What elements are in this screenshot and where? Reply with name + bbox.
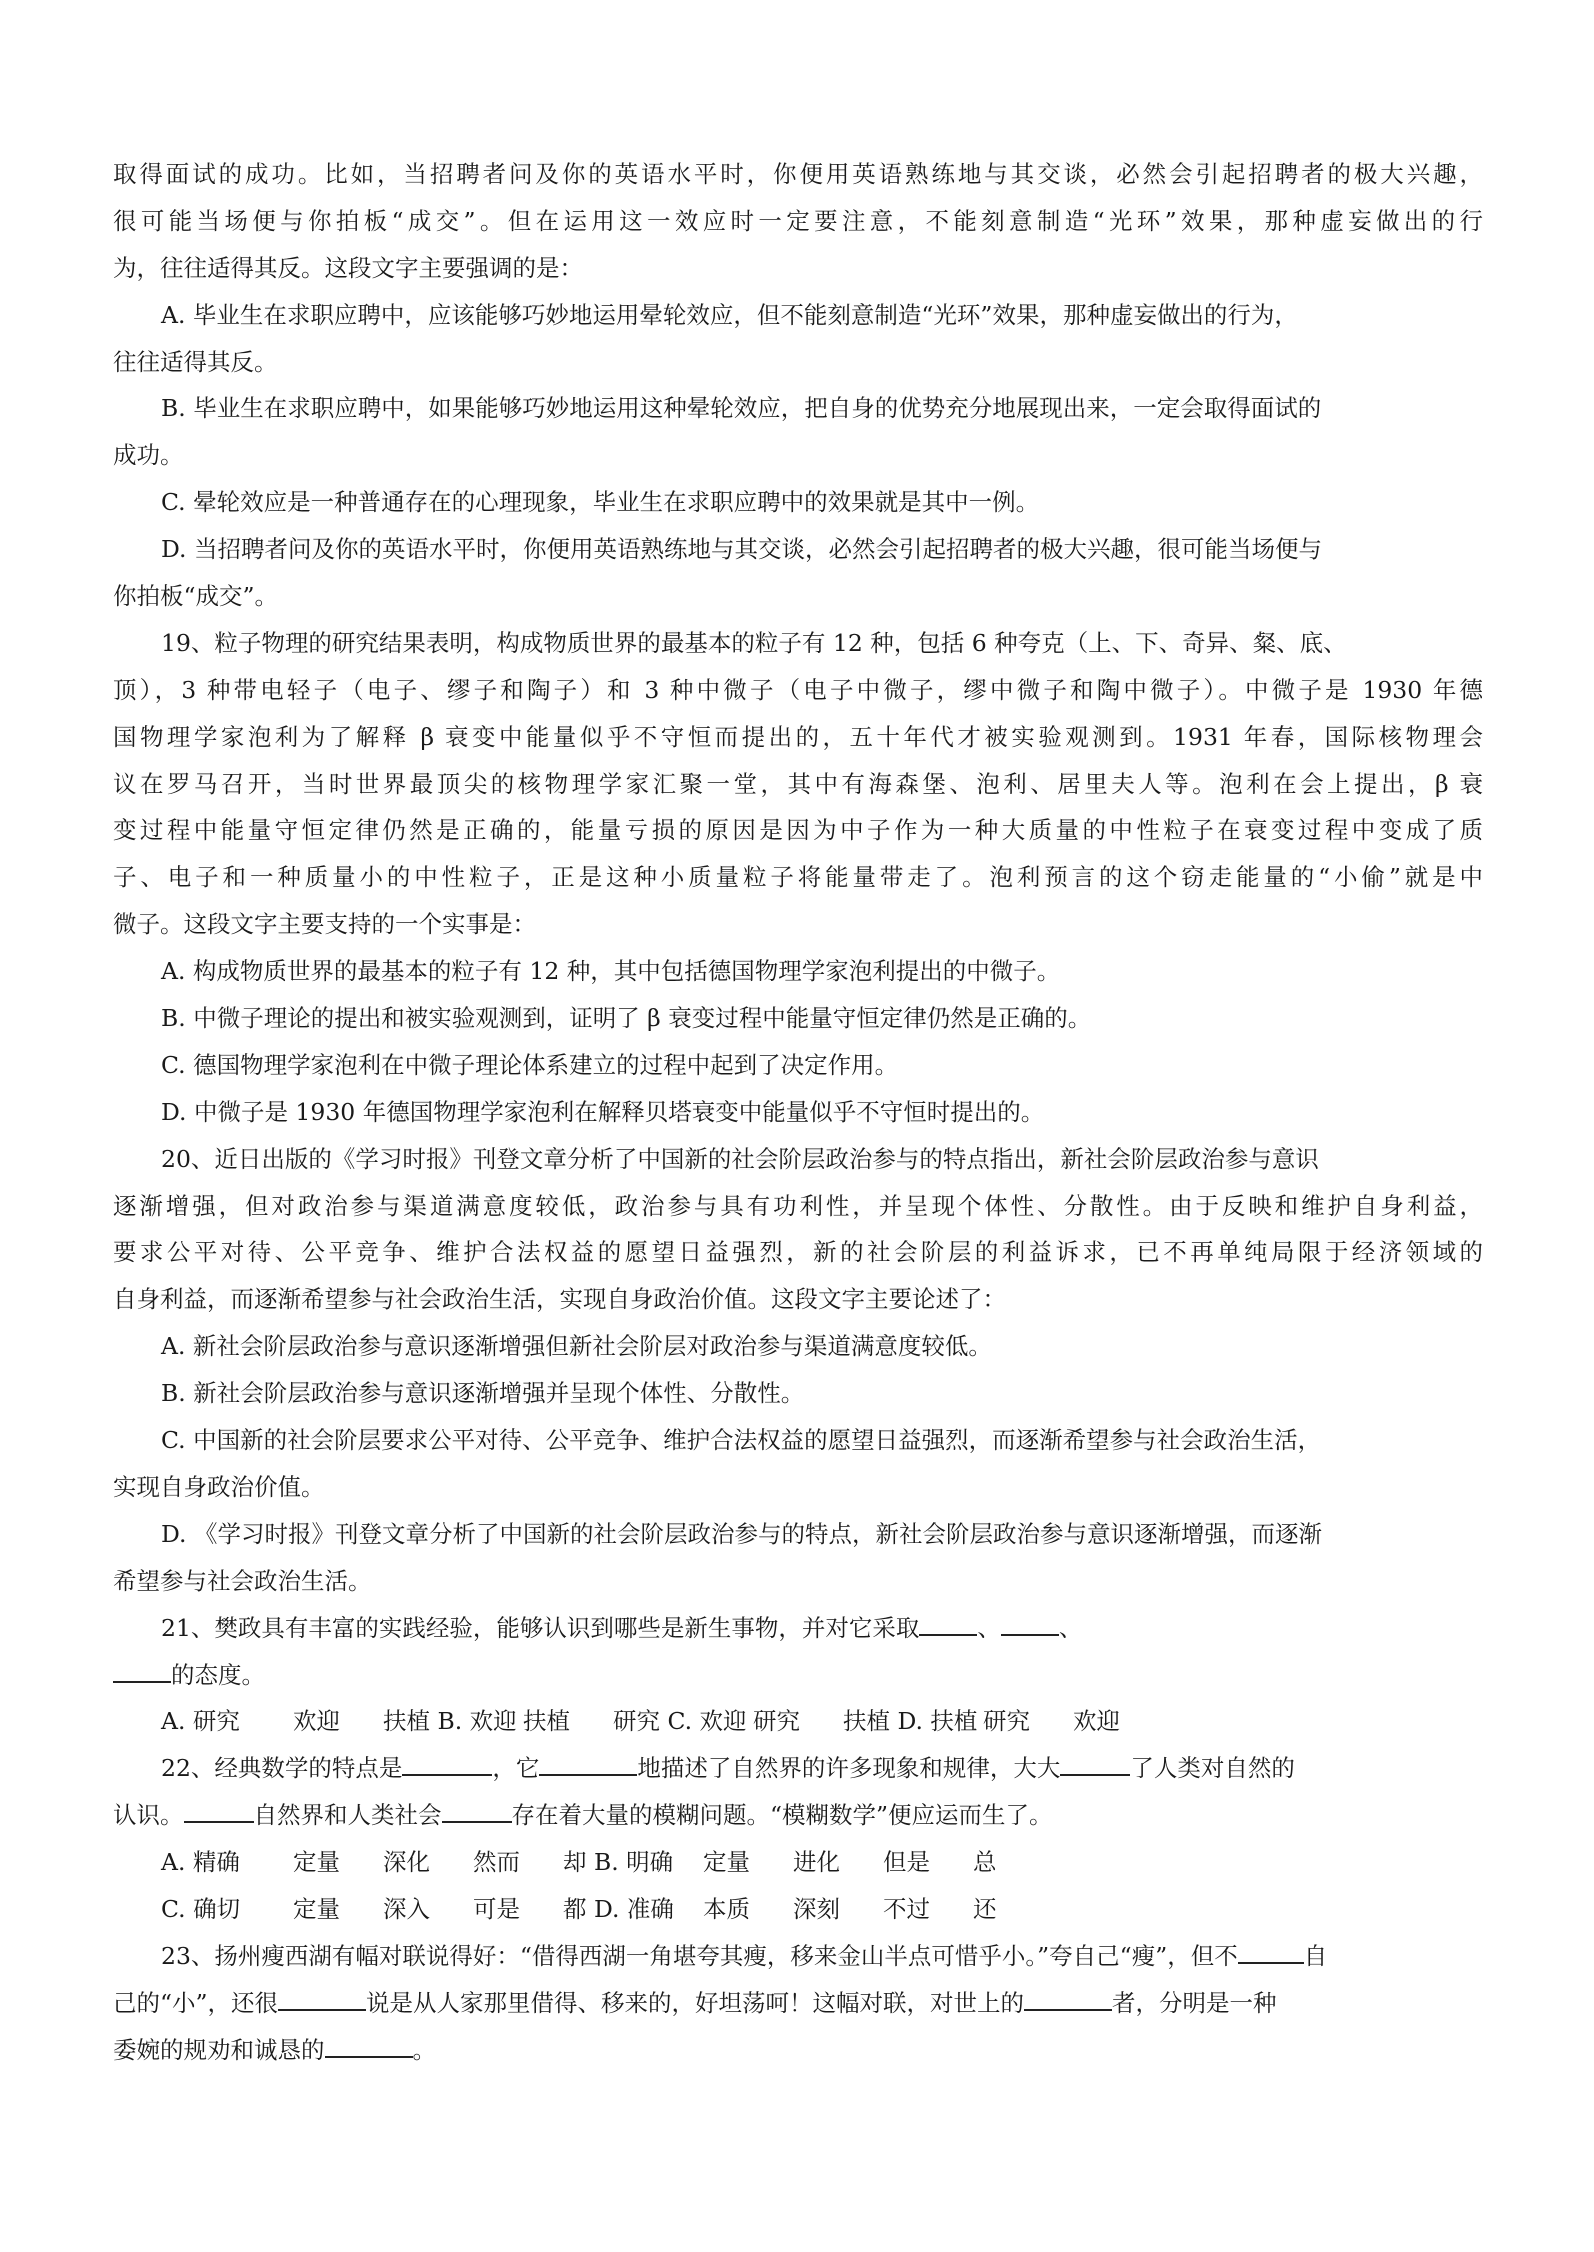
question-21-stem: 21、樊政具有丰富的实践经验，能够认识到哪些是新生事物，并对它采取、、 的态度。 [113, 1605, 1483, 1699]
question-18-option-c: C. 晕轮效应是一种普通存在的心理现象，毕业生在求职应聘中的效果就是其中一例。 [113, 479, 1483, 526]
question-18-stem: 取得面试的成功。比如，当招聘者问及你的英语水平时，你便用英语熟练地与其交谈，必然… [113, 151, 1483, 292]
option-line: 实现自身政治价值。 [113, 1464, 1483, 1511]
question-20-option-d: D. 《学习时报》刊登文章分析了中国新的社会阶层政治参与的特点，新社会阶层政治参… [113, 1511, 1483, 1605]
option-word: 深刻 [793, 1886, 883, 1933]
text: 的态度。 [171, 1661, 265, 1689]
question-21-options: A. 研究欢迎扶植 B. 欢迎扶植研究 C. 欢迎研究扶植 D. 扶植研究欢迎 [113, 1698, 1483, 1745]
option-word: 深化 [383, 1839, 473, 1886]
text: 自 [1304, 1942, 1328, 1970]
text: 认识。 [113, 1801, 184, 1829]
text: 23、扬州瘦西湖有幅对联说得好：“借得西湖一角堪夸其瘦，移来金山半点可惜乎小。”… [161, 1942, 1238, 1970]
question-18-option-d: D. 当招聘者问及你的英语水平时，你便用英语熟练地与其交谈，必然会引起招聘者的极… [113, 526, 1483, 620]
text-line: 子、电子和一种质量小的中性粒子，正是这种小质量粒子将能量带走了。泡利预言的这个窃… [113, 854, 1483, 901]
text: 、 [1059, 1614, 1083, 1642]
answer-blank[interactable] [1060, 1750, 1130, 1777]
text-line: 取得面试的成功。比如，当招聘者问及你的英语水平时，你便用英语熟练地与其交谈，必然… [113, 151, 1483, 198]
answer-blank[interactable] [402, 1750, 492, 1777]
option-word: 不过 [883, 1886, 973, 1933]
option-word: 然而 [473, 1839, 563, 1886]
option-line: 你拍板“成交”。 [113, 573, 1483, 620]
text-line: 逐渐增强，但对政治参与渠道满意度较低，政治参与具有功利性，并呈现个体性、分散性。… [113, 1183, 1483, 1230]
answer-blank[interactable] [325, 2031, 413, 2058]
option-word: C. 确切 [161, 1886, 293, 1933]
option-line: 成功。 [113, 432, 1483, 479]
text-line: 19、粒子物理的研究结果表明，构成物质世界的最基本的粒子有 12 种，包括 6 … [113, 620, 1483, 667]
question-20-option-b: B. 新社会阶层政治参与意识逐渐增强并呈现个体性、分散性。 [113, 1370, 1483, 1417]
question-22-stem: 22、经典数学的特点是，它地描述了自然界的许多现象和规律，大大了人类对自然的 认… [113, 1745, 1483, 1839]
option-word: 却 B. 明确 [563, 1839, 703, 1886]
text-line: 为，往往适得其反。这段文字主要强调的是： [113, 245, 1483, 292]
text-line: 顶），3 种带电轻子（电子、缪子和陶子）和 3 种中微子（电子中微子，缪中微子和… [113, 667, 1483, 714]
answer-blank[interactable] [1238, 1937, 1304, 1964]
option-line: 希望参与社会政治生活。 [113, 1558, 1483, 1605]
question-20-option-a: A. 新社会阶层政治参与意识逐渐增强但新社会阶层对政治参与渠道满意度较低。 [113, 1323, 1483, 1370]
question-22-options-row-1: A. 精确定量深化然而却 B. 明确定量进化但是总 [113, 1839, 1483, 1886]
option-word: 但是 [883, 1839, 973, 1886]
answer-blank[interactable] [919, 1609, 977, 1636]
question-19-stem: 19、粒子物理的研究结果表明，构成物质世界的最基本的粒子有 12 种，包括 6 … [113, 620, 1483, 948]
question-19-option-a: A. 构成物质世界的最基本的粒子有 12 种，其中包括德国物理学家泡利提出的中微… [113, 948, 1483, 995]
question-19-option-d: D. 中微子是 1930 年德国物理学家泡利在解释贝塔衰变中能量似乎不守恒时提出… [113, 1089, 1483, 1136]
text-line: 微子。这段文字主要支持的一个实事是： [113, 901, 1483, 948]
option-line: C. 晕轮效应是一种普通存在的心理现象，毕业生在求职应聘中的效果就是其中一例。 [113, 479, 1483, 526]
text: 自然界和人类社会 [254, 1801, 442, 1829]
question-18-option-b: B. 毕业生在求职应聘中，如果能够巧妙地运用这种晕轮效应，把自身的优势充分地展现… [113, 385, 1483, 479]
text-line: 自身利益，而逐渐希望参与社会政治生活，实现自身政治价值。这段文字主要论述了： [113, 1276, 1483, 1323]
answer-blank[interactable] [113, 1656, 171, 1683]
option-line: B. 毕业生在求职应聘中，如果能够巧妙地运用这种晕轮效应，把自身的优势充分地展现… [113, 385, 1483, 432]
text: 。 [413, 2036, 437, 2064]
text: 者，分明是一种 [1112, 1989, 1277, 2017]
text-line: 要求公平对待、公平竞争、维护合法权益的愿望日益强烈，新的社会阶层的利益诉求，已不… [113, 1229, 1483, 1276]
option-line: C. 中国新的社会阶层要求公平对待、公平竞争、维护合法权益的愿望日益强烈，而逐渐… [113, 1417, 1483, 1464]
option-word: 定量 [293, 1886, 383, 1933]
question-22-options-row-2: C. 确切定量深入可是都 D. 准确本质深刻不过还 [113, 1886, 1483, 1933]
option-line: D. 当招聘者问及你的英语水平时，你便用英语熟练地与其交谈，必然会引起招聘者的极… [113, 526, 1483, 573]
text: 地描述了自然界的许多现象和规律，大大 [637, 1754, 1060, 1782]
question-20-option-c: C. 中国新的社会阶层要求公平对待、公平竞争、维护合法权益的愿望日益强烈，而逐渐… [113, 1417, 1483, 1511]
question-19-option-c: C. 德国物理学家泡利在中微子理论体系建立的过程中起到了决定作用。 [113, 1042, 1483, 1089]
exam-page: 取得面试的成功。比如，当招聘者问及你的英语水平时，你便用英语熟练地与其交谈，必然… [113, 151, 1483, 2074]
option-word: 还 [973, 1886, 997, 1933]
option-word: 进化 [793, 1839, 883, 1886]
answer-blank[interactable] [539, 1750, 637, 1777]
option-word: 深入 [383, 1886, 473, 1933]
option-word: A. 研究 [161, 1698, 293, 1745]
option-line: A. 毕业生在求职应聘中，应该能够巧妙地运用晕轮效应，但不能刻意制造“光环”效果… [113, 292, 1483, 339]
option-word: 扶植 D. 扶植 [843, 1698, 983, 1745]
option-line: D. 《学习时报》刊登文章分析了中国新的社会阶层政治参与的特点，新社会阶层政治参… [113, 1511, 1483, 1558]
option-word: 总 [973, 1839, 997, 1886]
answer-blank[interactable] [278, 1984, 366, 2011]
option-word: 定量 [703, 1839, 793, 1886]
text: 22、经典数学的特点是 [161, 1754, 402, 1782]
option-word: 研究 C. 欢迎 [613, 1698, 753, 1745]
text: 了人类对自然的 [1130, 1754, 1295, 1782]
text: 委婉的规劝和诚恳的 [113, 2036, 325, 2064]
text: ，它 [492, 1754, 539, 1782]
option-line: 往往适得其反。 [113, 339, 1483, 386]
text: 己的“小”，还很 [113, 1989, 278, 2017]
option-word: 扶植 [523, 1698, 613, 1745]
option-word: A. 精确 [161, 1839, 293, 1886]
text-line: 20、近日出版的《学习时报》刊登文章分析了中国新的社会阶层政治参与的特点指出，新… [113, 1136, 1483, 1183]
question-23-stem: 23、扬州瘦西湖有幅对联说得好：“借得西湖一角堪夸其瘦，移来金山半点可惜乎小。”… [113, 1933, 1483, 2074]
text-line: 变过程中能量守恒定律仍然是正确的，能量亏损的原因是因为中子作为一种大质量的中性粒… [113, 807, 1483, 854]
text-line: 议在罗马召开，当时世界最顶尖的核物理学家汇聚一堂，其中有海森堡、泡利、居里夫人等… [113, 761, 1483, 808]
answer-blank[interactable] [1024, 1984, 1112, 2011]
text: 说是从人家那里借得、移来的，好坦荡呵！这幅对联，对世上的 [366, 1989, 1024, 2017]
text: 存在着大量的模糊问题。“模糊数学”便应运而生了。 [512, 1801, 1053, 1829]
text: 21、樊政具有丰富的实践经验，能够认识到哪些是新生事物，并对它采取 [161, 1614, 919, 1642]
text: 、 [977, 1614, 1001, 1642]
question-18-option-a: A. 毕业生在求职应聘中，应该能够巧妙地运用晕轮效应，但不能刻意制造“光环”效果… [113, 292, 1483, 386]
option-word: 都 D. 准确 [563, 1886, 703, 1933]
answer-blank[interactable] [1001, 1609, 1059, 1636]
answer-blank[interactable] [184, 1797, 254, 1824]
text-line: 很可能当场便与你拍板“成交”。但在运用这一效应时一定要注意，不能刻意制造“光环”… [113, 198, 1483, 245]
option-word: 可是 [473, 1886, 563, 1933]
option-word: 本质 [703, 1886, 793, 1933]
question-19-option-b: B. 中微子理论的提出和被实验观测到，证明了 β 衰变过程中能量守恒定律仍然是正… [113, 995, 1483, 1042]
option-word: 欢迎 [1073, 1698, 1120, 1745]
question-20-stem: 20、近日出版的《学习时报》刊登文章分析了中国新的社会阶层政治参与的特点指出，新… [113, 1136, 1483, 1324]
answer-blank[interactable] [442, 1797, 512, 1824]
option-word: 研究 [753, 1698, 843, 1745]
option-word: 研究 [983, 1698, 1073, 1745]
text-line: 国物理学家泡利为了解释 β 衰变中能量似乎不守恒而提出的，五十年代才被实验观测到… [113, 714, 1483, 761]
option-word: 扶植 B. 欢迎 [383, 1698, 523, 1745]
option-word: 定量 [293, 1839, 383, 1886]
option-word: 欢迎 [293, 1698, 383, 1745]
